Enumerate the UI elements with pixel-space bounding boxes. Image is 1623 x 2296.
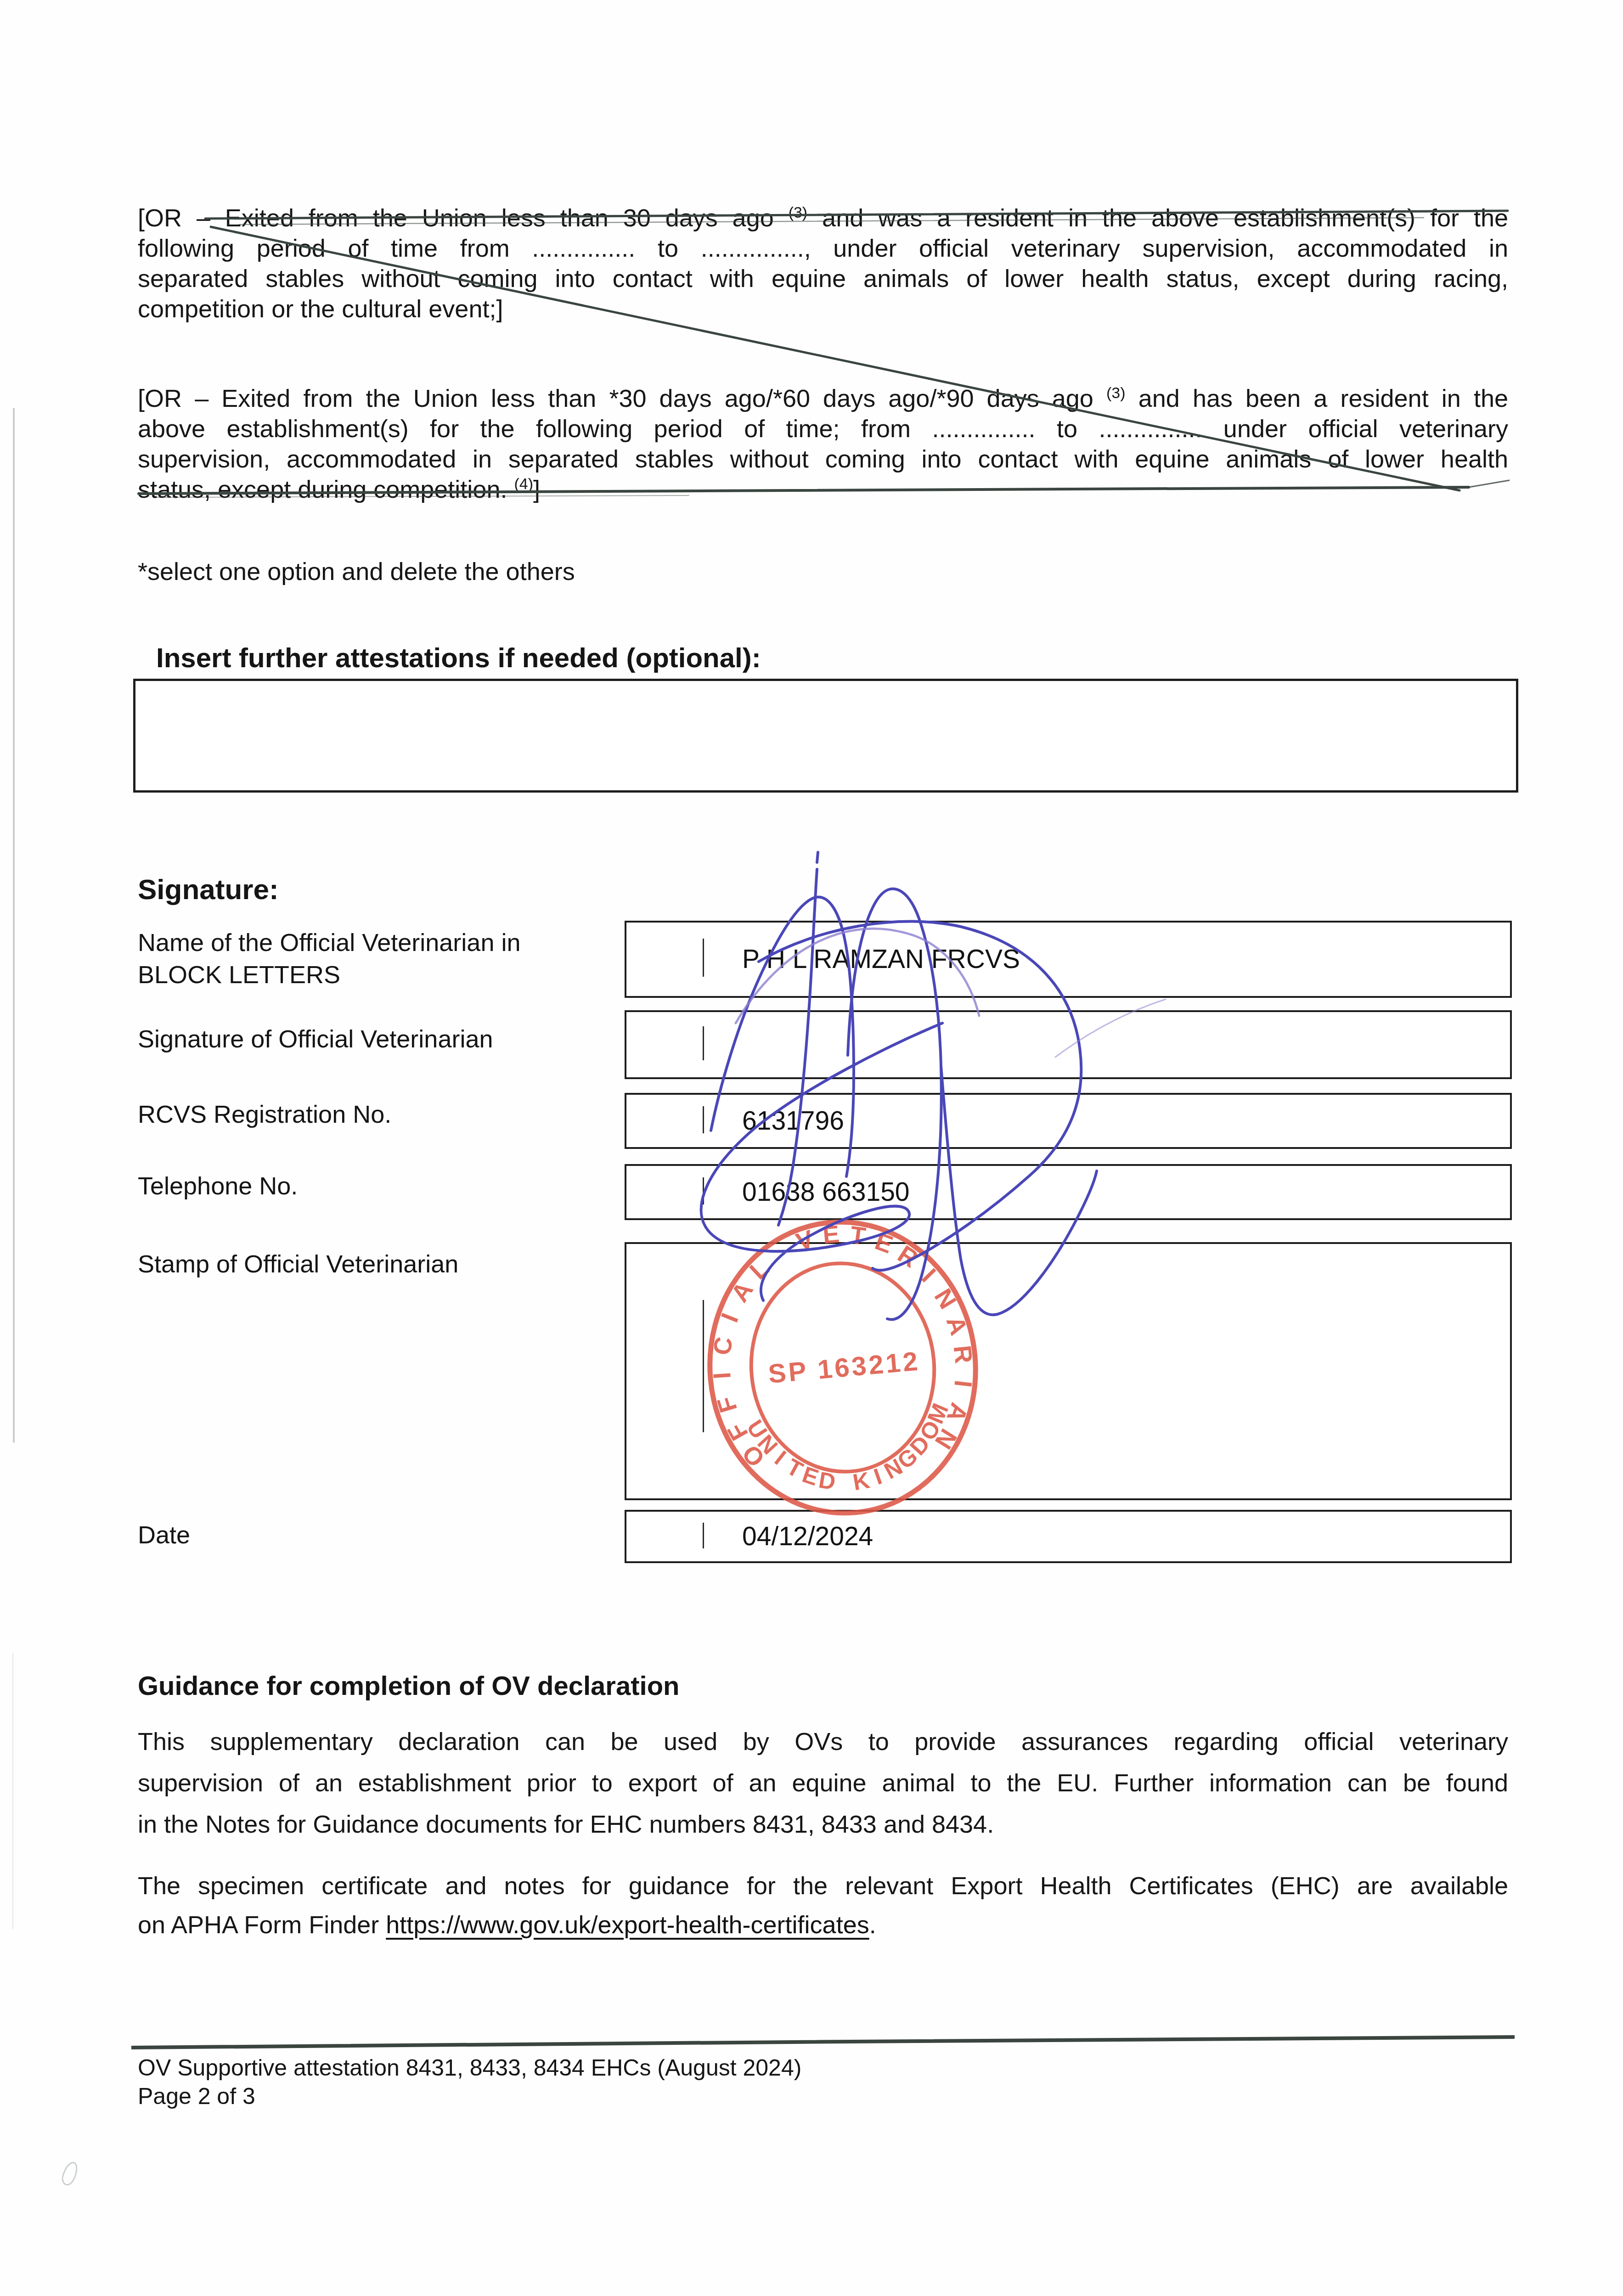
or-option-1-paragraph: [OR – Exited from the Union less than 30…	[138, 203, 1508, 324]
footnote-ref-4: (4)	[514, 475, 533, 493]
field-box-name: P H L RAMZAN FRCVS	[625, 921, 1512, 998]
footer-rule	[131, 2037, 1515, 2048]
field-box-telephone: 01638 663150	[625, 1164, 1512, 1220]
or-option-2-paragraph: [OR – Exited from the Union less than *3…	[138, 383, 1508, 505]
select-option-note: *select one option and delete the others	[138, 557, 575, 586]
field-box-signature	[625, 1010, 1512, 1079]
field-value-name: P H L RAMZAN FRCVS	[742, 923, 1020, 996]
paragraph-line: following period of time from ..........…	[138, 233, 1508, 264]
field-box-rcvs-number: 6131796	[625, 1093, 1512, 1149]
signature-section-heading: Signature:	[138, 873, 279, 906]
scan-artifacts	[13, 409, 77, 2185]
field-label-signature: Signature of Official Veterinarian	[138, 1023, 597, 1055]
paragraph-line: separated stables without coming into co…	[138, 264, 1508, 294]
field-value-rcvs-number: 6131796	[742, 1095, 844, 1147]
field-label-name: Name of the Official Veterinarian in BLO…	[138, 927, 597, 991]
guidance-heading: Guidance for completion of OV declaratio…	[138, 1671, 679, 1701]
field-value-date: 04/12/2024	[742, 1512, 873, 1561]
paragraph-line: status, except during competition. (4)]	[138, 474, 1508, 505]
field-label-telephone: Telephone No.	[138, 1170, 597, 1202]
export-health-certificates-link[interactable]: https://www.gov.uk/export-health-certifi…	[386, 1911, 869, 1939]
footnote-ref-3: (3)	[789, 204, 808, 221]
paragraph-line: competition or the cultural event;]	[138, 294, 1508, 324]
field-value-telephone: 01638 663150	[742, 1166, 910, 1218]
field-label-stamp: Stamp of Official Veterinarian	[138, 1248, 597, 1280]
paragraph-line: This supplementary declaration can be us…	[138, 1721, 1508, 1762]
field-box-date: 04/12/2024	[625, 1510, 1512, 1563]
field-label-date: Date	[138, 1519, 597, 1551]
field-label-rcvs-number: RCVS Registration No.	[138, 1098, 597, 1131]
footer-title: OV Supportive attestation 8431, 8433, 84…	[138, 2054, 1470, 2082]
further-attestations-box	[133, 679, 1518, 793]
paragraph-line: supervision, accommodated in separated s…	[138, 444, 1508, 474]
footer-page-number: Page 2 of 3	[138, 2082, 1470, 2110]
paragraph-line: in the Notes for Guidance documents for …	[138, 1804, 1508, 1845]
guidance-paragraph: This supplementary declaration can be us…	[138, 1721, 1508, 1845]
scanned-document-page: [OR – Exited from the Union less than 30…	[0, 0, 1623, 2296]
footnote-ref-3: (3)	[1106, 384, 1126, 402]
paragraph-line: on APHA Form Finder https://www.gov.uk/e…	[138, 1906, 1508, 1945]
further-attestations-heading: Insert further attestations if needed (o…	[156, 642, 761, 674]
document-footer: OV Supportive attestation 8431, 8433, 84…	[138, 2054, 1470, 2110]
paragraph-line: The specimen certificate and notes for g…	[138, 1867, 1508, 1906]
paragraph-line: [OR – Exited from the Union less than 30…	[138, 203, 1508, 233]
specimen-paragraph: The specimen certificate and notes for g…	[138, 1867, 1508, 1945]
paragraph-line: supervision of an establishment prior to…	[138, 1762, 1508, 1804]
paragraph-line: [OR – Exited from the Union less than *3…	[138, 383, 1508, 414]
field-box-stamp	[625, 1242, 1512, 1500]
paragraph-line: above establishment(s) for the following…	[138, 414, 1508, 444]
